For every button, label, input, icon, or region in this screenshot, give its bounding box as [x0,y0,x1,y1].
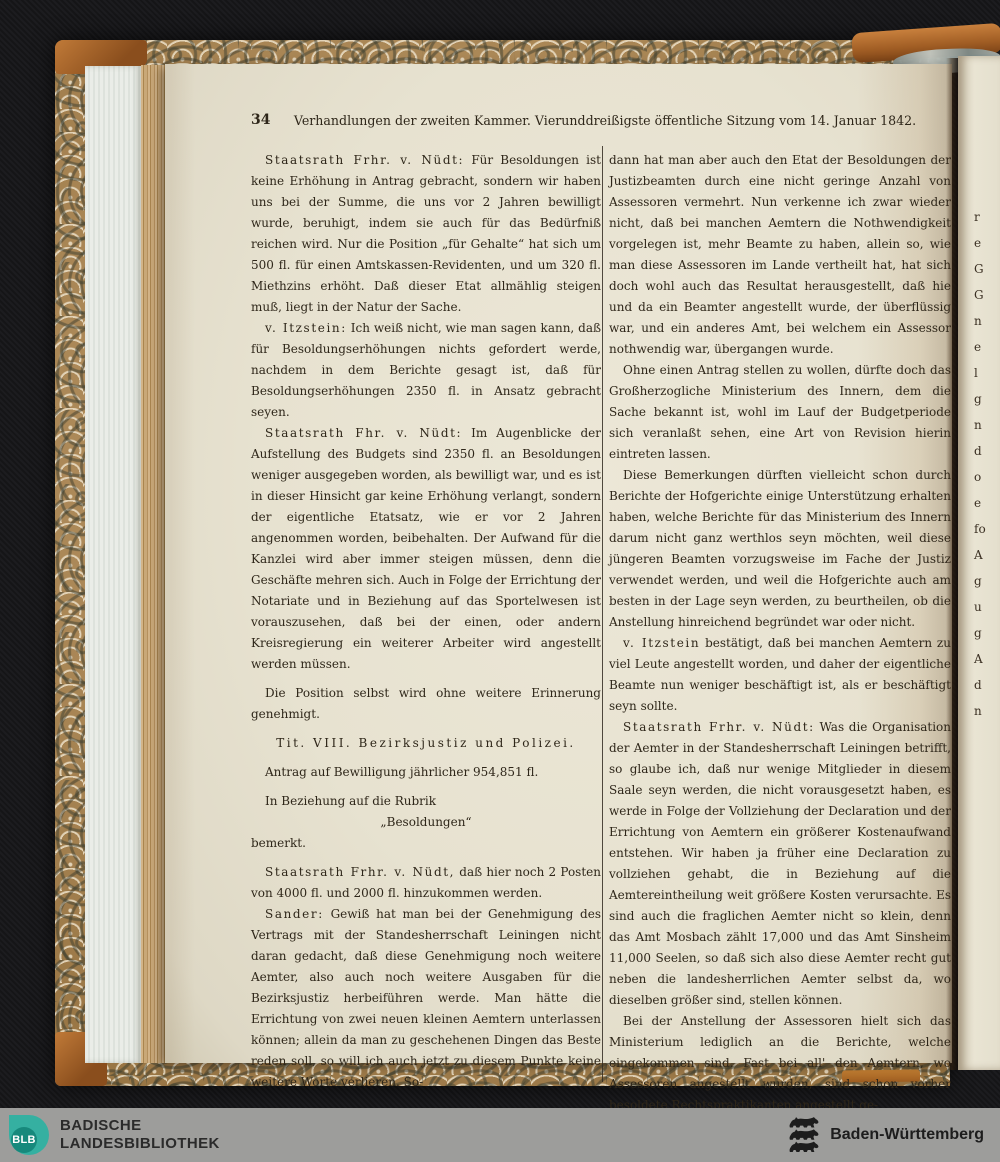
paragraph: dann hat man aber auch den Etat der Beso… [609,150,951,360]
next-page-text-fragments: r e G G n e l g n d o e fo A g u g A d n [974,204,986,724]
speaker-name: v. Itzstein: [265,321,347,335]
paragraph: Die Position selbst wird ohne weitere Er… [251,683,601,725]
paragraph: Staatsrath Fhr. v. Nüdt: Im Augenblicke … [251,423,601,675]
speaker-name: Staatsrath Frhr. v. Nüdt, [265,865,455,879]
state-name: Baden-Württemberg [830,1126,984,1144]
left-text-column: Staatsrath Frhr. v. Nüdt: Für Besoldunge… [251,150,601,1093]
paragraph: Ohne einen Antrag stellen zu wollen, dür… [609,360,951,465]
paragraph: Staatsrath Frhr. v. Nüdt, daß hier noch … [251,862,601,904]
paragraph: bemerkt. [251,833,601,854]
blb-logo-text: BLB [11,1127,37,1153]
blb-logo: BLB [9,1115,49,1155]
paragraph: Staatsrath Frhr. v. Nüdt: Was die Organi… [609,717,951,1011]
page-edges [141,65,165,1063]
section-heading: Tit. VIII. Bezirksjustiz und Polizei. [251,733,601,754]
paragraph: Antrag auf Bewilligung jährlicher 954,85… [251,762,601,783]
library-name: BADISCHE LANDESBIBLIOTHEK [60,1117,220,1153]
paragraph: Diese Bemerkungen dürften vielleicht sch… [609,465,951,633]
column-divider-rule [602,146,603,1082]
digitized-book-viewer: 34 Verhandlungen der zweiten Kammer. Vie… [0,0,1000,1162]
paragraph: Sander: Gewiß hat man bei der Genehmigun… [251,904,601,1093]
coat-of-arms-icon [788,1116,820,1154]
paragraph: v. Itzstein: Ich weiß nicht, wie man sag… [251,318,601,423]
paragraph: Staatsrath Frhr. v. Nüdt: Für Besoldunge… [251,150,601,318]
state-branding: Baden-Württemberg [788,1108,984,1162]
library-footer-bar: BLB BADISCHE LANDESBIBLIOTHEK Baden-Würt… [0,1108,1000,1162]
speaker-name: Staatsrath Frhr. v. Nüdt: [623,720,815,734]
speaker-name: Sander: [265,907,324,921]
speaker-name: Staatsrath Frhr. v. Nüdt: [265,153,464,167]
paragraph: v. Itzstein bestätigt, daß bei manchen A… [609,633,951,717]
binding-guard-strip [85,66,141,1063]
speaker-name: v. Itzstein [623,636,700,650]
page-number: 34 [251,112,270,128]
next-page-edge: r e G G n e l g n d o e fo A g u g A d n [958,56,1000,1070]
paragraph: Bei der Anstellung der Assessoren hielt … [609,1011,951,1116]
page-header-title: Verhandlungen der zweiten Kammer. Vierun… [275,113,935,128]
scanned-page: 34 Verhandlungen der zweiten Kammer. Vie… [165,64,952,1063]
right-text-column: dann hat man aber auch den Etat der Beso… [609,150,951,1116]
speaker-name: Staatsrath Fhr. v. Nüdt: [265,426,462,440]
paragraph: In Beziehung auf die Rubrik [251,791,601,812]
rubric-label: „Besoldungen“ [251,812,601,833]
